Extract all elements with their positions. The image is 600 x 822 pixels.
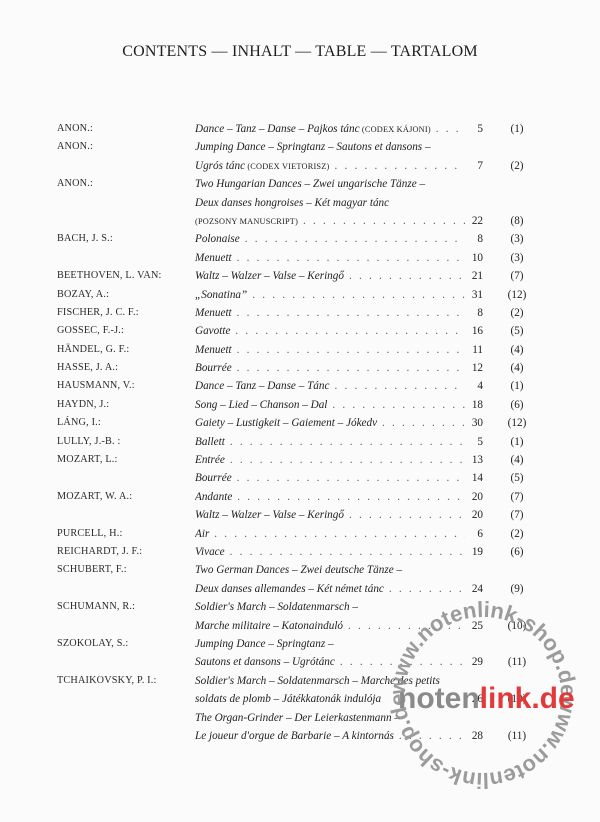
page-number: 14 [453, 469, 483, 487]
piece-number: (3) [502, 230, 532, 248]
piece-title: Soldier's March – Soldatenmarsch – March… [195, 672, 465, 690]
piece-number: (12) [502, 414, 532, 432]
dot-leader: . . . . . . . . . . . . . . . . . . . . … [232, 307, 465, 319]
piece-number: (2) [502, 525, 532, 543]
toc-line: ANON.:Dance – Tanz – Danse – Pajkos tánc… [0, 120, 600, 138]
composer-name: PURCELL, H.: [57, 525, 123, 543]
composer-name: ANON.: [57, 138, 93, 156]
piece-title: Le joueur d'orgue de Barbarie – A kintor… [195, 727, 465, 745]
page-number: 20 [453, 488, 483, 506]
page-number: 26 [453, 690, 483, 708]
dot-leader: . . . . . . . . . . . . . . . . . . . . … [343, 620, 465, 632]
dot-leader: . . . . . . . . . . . . . . . . . . . . … [240, 233, 465, 245]
composer-name: REICHARDT, J. F.: [57, 543, 142, 561]
piece-title: Waltz – Walzer – Valse – Keringő . . . .… [195, 267, 465, 285]
page-number: 24 [453, 580, 483, 598]
piece-number: (10) [502, 690, 532, 708]
piece-number: (12) [502, 286, 532, 304]
piece-title: Bourrée . . . . . . . . . . . . . . . . … [195, 359, 465, 377]
toc-line: ANON.:Two Hungarian Dances – Zwei ungari… [0, 175, 600, 193]
dot-leader: . . . . . . . . . . . . . . . . . . . . … [329, 160, 465, 172]
dot-leader: . . . . . . . . . . . . . . . . . . . . … [377, 417, 465, 429]
piece-number: (6) [502, 396, 532, 414]
dot-leader: . . . . . . . . . . . . . . . . . . . . … [225, 454, 465, 466]
dot-leader: . . . . . . . . . . . . . . . . . . . . … [335, 656, 465, 668]
page-number: 25 [453, 617, 483, 635]
piece-number: (11) [502, 653, 532, 671]
piece-title: Gaiety – Lustigkeit – Gaiement – Jókedv … [195, 414, 465, 432]
composer-name: SCHUMANN, R.: [57, 598, 135, 616]
page-number: 5 [453, 433, 483, 451]
composer-name: ANON.: [57, 120, 93, 138]
composer-name: SZOKOLAY, S.: [57, 635, 128, 653]
composer-name: LÁNG, I.: [57, 414, 101, 432]
toc-line: Waltz – Walzer – Valse – Keringő . . . .… [0, 506, 600, 524]
composer-name: HAUSMANN, V.: [57, 377, 135, 395]
dot-leader: . . . . . . . . . . . . . . . . . . . . … [344, 270, 465, 282]
dot-leader: . . . . . . . . . . . . . . . . . . . . … [327, 399, 465, 411]
toc-line: LÁNG, I.:Gaiety – Lustigkeit – Gaiement … [0, 414, 600, 432]
piece-title: Dance – Tanz – Danse – Tánc . . . . . . … [195, 377, 465, 395]
page-number: 13 [453, 451, 483, 469]
piece-title: Menuett . . . . . . . . . . . . . . . . … [195, 304, 465, 322]
source-note: (CODEX VIETORISZ) [245, 162, 329, 171]
piece-title: Jumping Dance – Springtanz – Sautons et … [195, 138, 465, 156]
piece-title: Dance – Tanz – Danse – Pajkos tánc (CODE… [195, 120, 465, 139]
page-number: 16 [453, 322, 483, 340]
piece-number: (1) [502, 377, 532, 395]
piece-title: (POZSONY MANUSCRIPT) . . . . . . . . . .… [195, 212, 465, 231]
piece-title: The Organ-Grinder – Der Leierkastenmann … [195, 709, 465, 727]
page-number: 20 [453, 506, 483, 524]
composer-name: HASSE, J. A.: [57, 359, 118, 377]
toc-line: MOZART, L.:Entrée . . . . . . . . . . . … [0, 451, 600, 469]
toc-line: GOSSEC, F.-J.:Gavotte . . . . . . . . . … [0, 322, 600, 340]
dot-leader: . . . . . . . . . . . . . . . . . . . . … [298, 215, 465, 227]
page-number: 4 [453, 377, 483, 395]
composer-name: BEETHOVEN, L. VAN: [57, 267, 162, 285]
toc-line: Menuett . . . . . . . . . . . . . . . . … [0, 249, 600, 267]
dot-leader: . . . . . . . . . . . . . . . . . . . . … [232, 344, 465, 356]
toc-line: BACH, J. S.:Polonaise . . . . . . . . . … [0, 230, 600, 248]
piece-number: (9) [502, 580, 532, 598]
composer-name: HAYDN, J.: [57, 396, 109, 414]
composer-name: BOZAY, A.: [57, 286, 109, 304]
piece-number: (4) [502, 341, 532, 359]
toc-line: BEETHOVEN, L. VAN:Waltz – Walzer – Valse… [0, 267, 600, 285]
piece-title: Polonaise . . . . . . . . . . . . . . . … [195, 230, 465, 248]
toc-line: SZOKOLAY, S.:Jumping Dance – Springtanz … [0, 635, 600, 653]
dot-leader: . . . . . . . . . . . . . . . . . . . . … [329, 380, 465, 392]
dot-leader: . . . . . . . . . . . . . . . . . . . . … [247, 289, 465, 301]
toc-line: Bourrée . . . . . . . . . . . . . . . . … [0, 469, 600, 487]
page-number: 19 [453, 543, 483, 561]
piece-title: Air . . . . . . . . . . . . . . . . . . … [195, 525, 465, 543]
piece-number: (7) [502, 506, 532, 524]
page-number: 30 [453, 414, 483, 432]
piece-title: Jumping Dance – Springtanz – [195, 635, 465, 653]
page-number: 6 [453, 525, 483, 543]
piece-title: Song – Lied – Chanson – Dal . . . . . . … [195, 396, 465, 414]
piece-number: (2) [502, 157, 532, 175]
page-title: CONTENTS — INHALT — TABLE — TARTALOM [0, 43, 600, 61]
toc-line: LULLY, J.-B. :Ballett . . . . . . . . . … [0, 433, 600, 451]
piece-title: „Sonatina” . . . . . . . . . . . . . . .… [195, 286, 465, 304]
dot-leader: . . . . . . . . . . . . . . . . . . . . … [225, 546, 465, 558]
toc-line: The Organ-Grinder – Der Leierkastenmann … [0, 709, 600, 727]
composer-name: LULLY, J.-B. : [57, 433, 121, 451]
piece-title: Sautons et dansons – Ugrótánc . . . . . … [195, 653, 465, 671]
toc-line: HÄNDEL, G. F.:Menuett . . . . . . . . . … [0, 341, 600, 359]
toc-line: Ugrós tánc (CODEX VIETORISZ) . . . . . .… [0, 157, 600, 175]
piece-title: Marche militaire – Katonaindulό . . . . … [195, 617, 465, 635]
composer-name: BACH, J. S.: [57, 230, 113, 248]
dot-leader: . . . . . . . . . . . . . . . . . . . . … [209, 528, 465, 540]
piece-title: Andante . . . . . . . . . . . . . . . . … [195, 488, 465, 506]
piece-number: (5) [502, 322, 532, 340]
piece-number: (11) [502, 727, 532, 745]
page-number: 5 [453, 120, 483, 138]
toc-line: ANON.:Jumping Dance – Springtanz – Sauto… [0, 138, 600, 156]
piece-number: (6) [502, 543, 532, 561]
piece-number: (7) [502, 488, 532, 506]
page-number: 29 [453, 653, 483, 671]
toc-line: Deux danses hongroises – Két magyar tánc [0, 194, 600, 212]
piece-title: Entrée . . . . . . . . . . . . . . . . .… [195, 451, 465, 469]
toc-line: Deux danses allemandes – Két német tánc … [0, 580, 600, 598]
toc-line: REICHARDT, J. F.:Vivace . . . . . . . . … [0, 543, 600, 561]
dot-leader: . . . . . . . . . . . . . . . . . . . . … [232, 362, 465, 374]
page-number: 8 [453, 304, 483, 322]
piece-title: Ugrós tánc (CODEX VIETORISZ) . . . . . .… [195, 157, 465, 176]
piece-title: Menuett . . . . . . . . . . . . . . . . … [195, 249, 465, 267]
toc-line: (POZSONY MANUSCRIPT) . . . . . . . . . .… [0, 212, 600, 230]
piece-title: Gavotte . . . . . . . . . . . . . . . . … [195, 322, 465, 340]
piece-number: (10) [502, 617, 532, 635]
dot-leader: . . . . . . . . . . . . . . . . . . . . … [344, 509, 465, 521]
page-number: 8 [453, 230, 483, 248]
toc-line: soldats de plomb – Játékkatonák indulója… [0, 690, 600, 708]
toc-line: PURCELL, H.:Air . . . . . . . . . . . . … [0, 525, 600, 543]
toc-line: Sautons et dansons – Ugrótánc . . . . . … [0, 653, 600, 671]
piece-number: (5) [502, 469, 532, 487]
toc-line: FISCHER, J. C. F.:Menuett . . . . . . . … [0, 304, 600, 322]
composer-name: ANON.: [57, 175, 93, 193]
piece-number: (8) [502, 212, 532, 230]
page-number: 28 [453, 727, 483, 745]
piece-title: Deux danses hongroises – Két magyar tánc [195, 194, 465, 212]
piece-title: Ballett . . . . . . . . . . . . . . . . … [195, 433, 465, 451]
page-number: 10 [453, 249, 483, 267]
piece-number: (4) [502, 359, 532, 377]
toc-line: Marche militaire – Katonaindulό . . . . … [0, 617, 600, 635]
toc-line: HAUSMANN, V.:Dance – Tanz – Danse – Tánc… [0, 377, 600, 395]
toc-line: Le joueur d'orgue de Barbarie – A kintor… [0, 727, 600, 745]
piece-title: Bourrée . . . . . . . . . . . . . . . . … [195, 469, 465, 487]
composer-name: FISCHER, J. C. F.: [57, 304, 139, 322]
toc-line: TCHAIKOVSKY, P. I.:Soldier's March – Sol… [0, 672, 600, 690]
piece-number: (2) [502, 304, 532, 322]
piece-title: Vivace . . . . . . . . . . . . . . . . .… [195, 543, 465, 561]
piece-title: Waltz – Walzer – Valse – Keringő . . . .… [195, 506, 465, 524]
source-note: (CODEX KÁJONI) [360, 125, 431, 134]
page-number: 11 [453, 341, 483, 359]
dot-leader: . . . . . . . . . . . . . . . . . . . . … [225, 436, 465, 448]
piece-number: (3) [502, 249, 532, 267]
toc-line: BOZAY, A.:„Sonatina” . . . . . . . . . .… [0, 286, 600, 304]
page-number: 7 [453, 157, 483, 175]
piece-title: Two Hungarian Dances – Zwei ungarische T… [195, 175, 465, 193]
composer-name: TCHAIKOVSKY, P. I.: [57, 672, 157, 690]
toc-line: HAYDN, J.:Song – Lied – Chanson – Dal . … [0, 396, 600, 414]
toc-line: MOZART, W. A.:Andante . . . . . . . . . … [0, 488, 600, 506]
page-number: 12 [453, 359, 483, 377]
composer-name: MOZART, W. A.: [57, 488, 132, 506]
page-number: 31 [453, 286, 483, 304]
piece-title: Soldier's March – Soldatenmarsch – [195, 598, 465, 616]
composer-name: HÄNDEL, G. F.: [57, 341, 129, 359]
dot-leader: . . . . . . . . . . . . . . . . . . . . … [230, 325, 465, 337]
piece-number: (1) [502, 120, 532, 138]
dot-leader: . . . . . . . . . . . . . . . . . . . . … [232, 472, 465, 484]
piece-title: Two German Dances – Zwei deutsche Tänze … [195, 561, 465, 579]
table-of-contents: ANON.:Dance – Tanz – Danse – Pajkos tánc… [0, 120, 600, 745]
toc-line: SCHUMANN, R.:Soldier's March – Soldatenm… [0, 598, 600, 616]
dot-leader: . . . . . . . . . . . . . . . . . . . . … [232, 491, 465, 503]
toc-line: SCHUBERT, F.:Two German Dances – Zwei de… [0, 561, 600, 579]
toc-line: HASSE, J. A.:Bourrée . . . . . . . . . .… [0, 359, 600, 377]
piece-number: (7) [502, 267, 532, 285]
page-number: 18 [453, 396, 483, 414]
piece-title: soldats de plomb – Játékkatonák indulója [195, 690, 465, 708]
composer-name: SCHUBERT, F.: [57, 561, 127, 579]
composer-name: GOSSEC, F.-J.: [57, 322, 124, 340]
piece-title: Deux danses allemandes – Két német tánc … [195, 580, 465, 598]
piece-number: (1) [502, 433, 532, 451]
source-note: (POZSONY MANUSCRIPT) [195, 217, 298, 226]
page-number: 21 [453, 267, 483, 285]
composer-name: MOZART, L.: [57, 451, 118, 469]
piece-title: Menuett . . . . . . . . . . . . . . . . … [195, 341, 465, 359]
page-number: 22 [453, 212, 483, 230]
piece-number: (4) [502, 451, 532, 469]
dot-leader: . . . . . . . . . . . . . . . . . . . . … [232, 252, 465, 264]
